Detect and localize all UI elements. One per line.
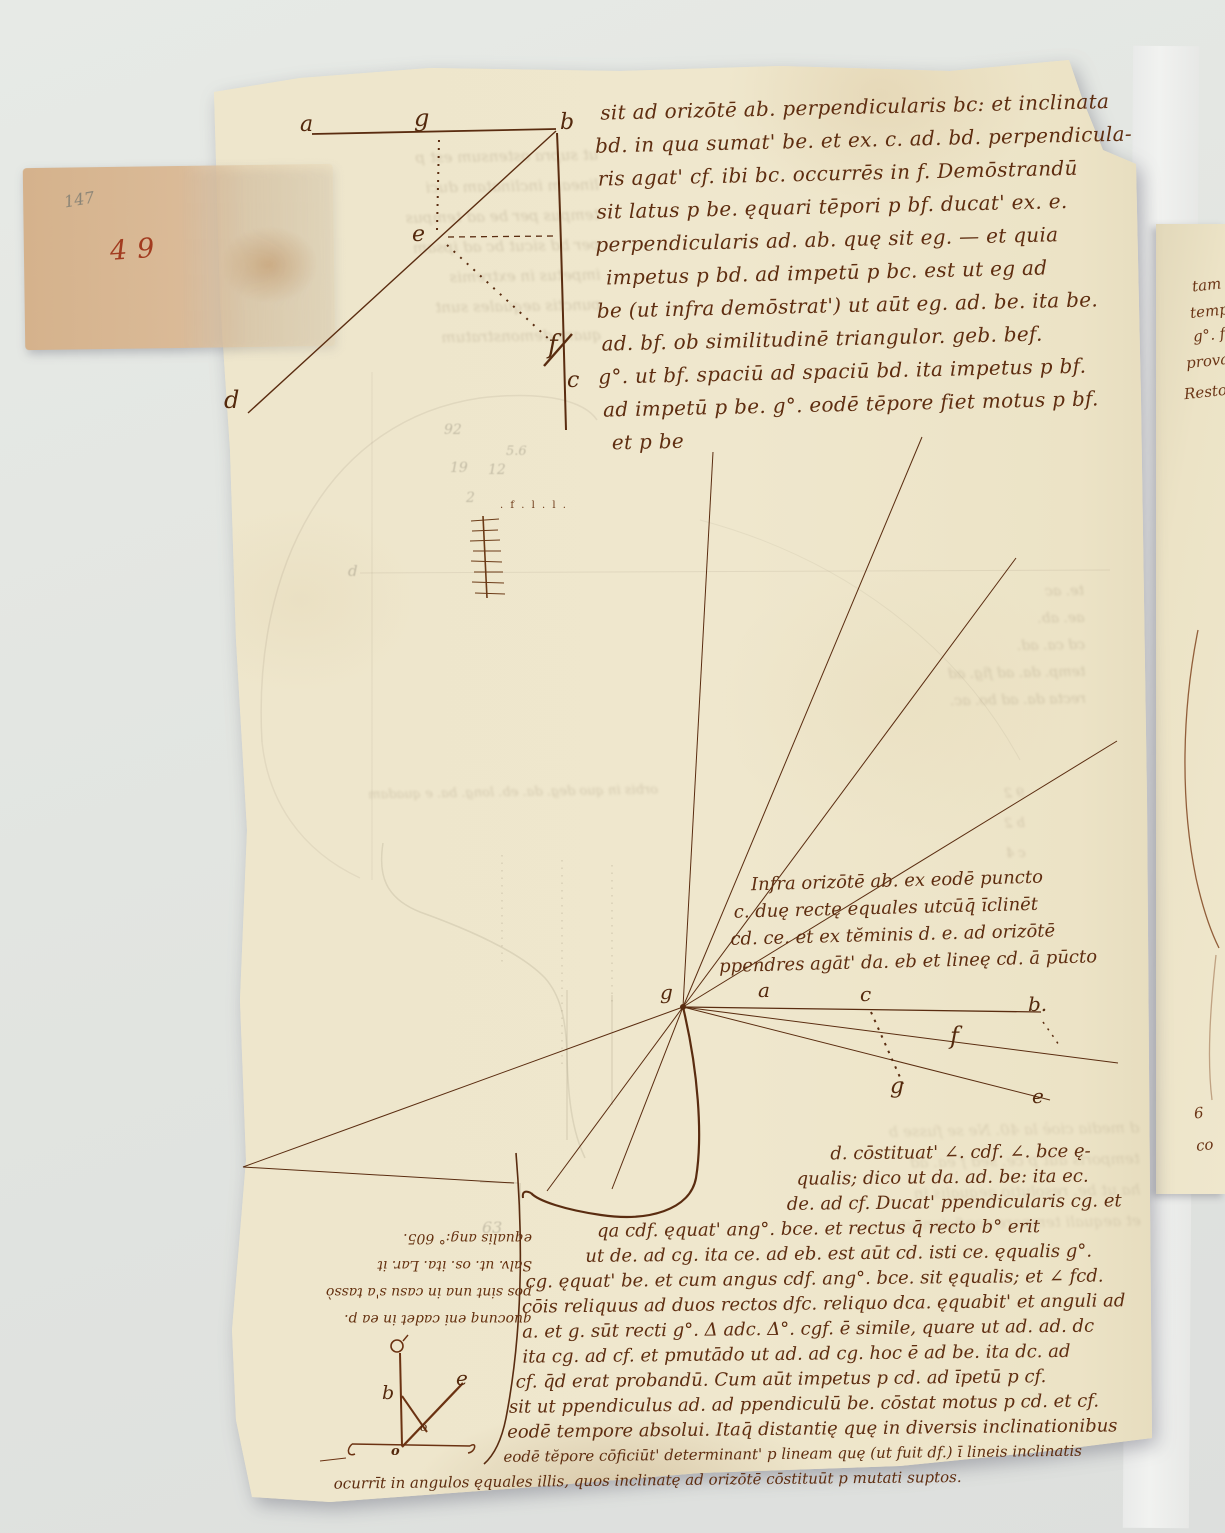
bleedthrough-text-g: 9 2b 2 c 4 — [904, 779, 1026, 871]
faint-number: 5.6 — [506, 444, 527, 459]
fan-label-b: b. — [1028, 992, 1047, 1016]
tab-folio-number: 49 — [109, 232, 165, 267]
text-line: quocunq eni cadet in ea p. — [232, 1305, 532, 1332]
diagram-label-a: a — [300, 112, 313, 137]
faint-number: 19 — [450, 460, 468, 476]
faint-number: 2 — [466, 490, 475, 506]
diagram-label-e: e — [412, 222, 425, 247]
diagram-label-f: f — [548, 330, 558, 360]
bleedthrough-text-a: ut supra ostensum est plineam inclinatam… — [328, 140, 602, 355]
fan-label-e: e — [1032, 1084, 1044, 1108]
text-line: Salv. ut. os. ita. Lar. it — [232, 1251, 532, 1278]
bleedthrough-text-c: te. acae. ab. cd ca. ad.temp. da. ad fig… — [844, 578, 1086, 717]
side-sheet-fragment: prova — [1185, 350, 1225, 372]
manuscript-photo: 147 49 ut supra ostensum est plineam inc… — [0, 0, 1225, 1533]
faint-number: 12 — [488, 462, 506, 478]
side-sheet-fragment: temp — [1189, 300, 1225, 322]
side-sheet-fragment: g°. f — [1192, 324, 1225, 345]
text-line: equalis ang:° 605. — [232, 1224, 532, 1251]
side-sheet-fragment: tam — [1191, 275, 1222, 296]
fan-label-g2: g — [890, 1074, 904, 1099]
diagram-label-d: d — [224, 386, 239, 414]
rotated-text-block: quocunq eni cadet in ea p. pos sint una … — [232, 1224, 532, 1332]
ladder-annotation: . f . l . l . — [500, 500, 568, 511]
diagram-label-g: g — [414, 104, 429, 132]
fan-label-origin: g — [660, 980, 673, 1004]
diagram-label-c: c — [567, 368, 579, 393]
infra-text-block: Infra orizōtē ab. ex eodē puncto c. duę … — [717, 860, 1190, 980]
fan-label-a: a — [758, 978, 770, 1002]
side-sheet-fragment: 6 — [1193, 1104, 1204, 1123]
diagram-label-b: b — [560, 110, 574, 135]
fan-label-f: f — [950, 1022, 959, 1050]
fan-label-c: c — [860, 982, 871, 1006]
top-text-block: sit ad orizōtē ab. perpendicularis bc: e… — [588, 83, 1196, 460]
faint-number: 92 — [444, 422, 462, 438]
side-sheet-fragment: co — [1195, 1135, 1214, 1155]
text-line: pos sint una in casu s'a tassò — [232, 1278, 532, 1305]
faint-letter: d — [348, 562, 358, 580]
